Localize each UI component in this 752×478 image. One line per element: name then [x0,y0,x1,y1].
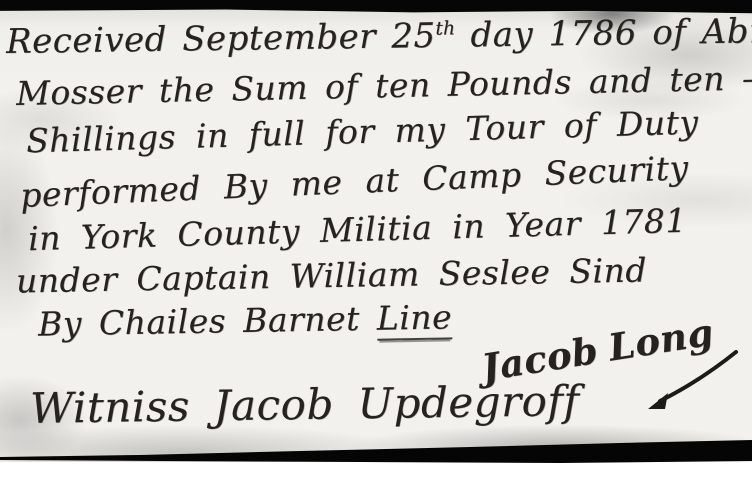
witness-line: Witniss Jacob Updegroff [30,376,580,433]
line1-superscript: th [435,18,455,39]
line7-underlined-word: Line [376,297,452,340]
scanned-document: Received September 25th day 1786 of Abra… [0,0,752,478]
line1-text-continued: day 1786 of Abraham [455,10,752,56]
line7-text: By Chailes Barnet [38,299,377,344]
line1-text: Received September 25 [6,16,436,62]
handwritten-line-barnet: By Chailes Barnet Line [38,297,453,343]
